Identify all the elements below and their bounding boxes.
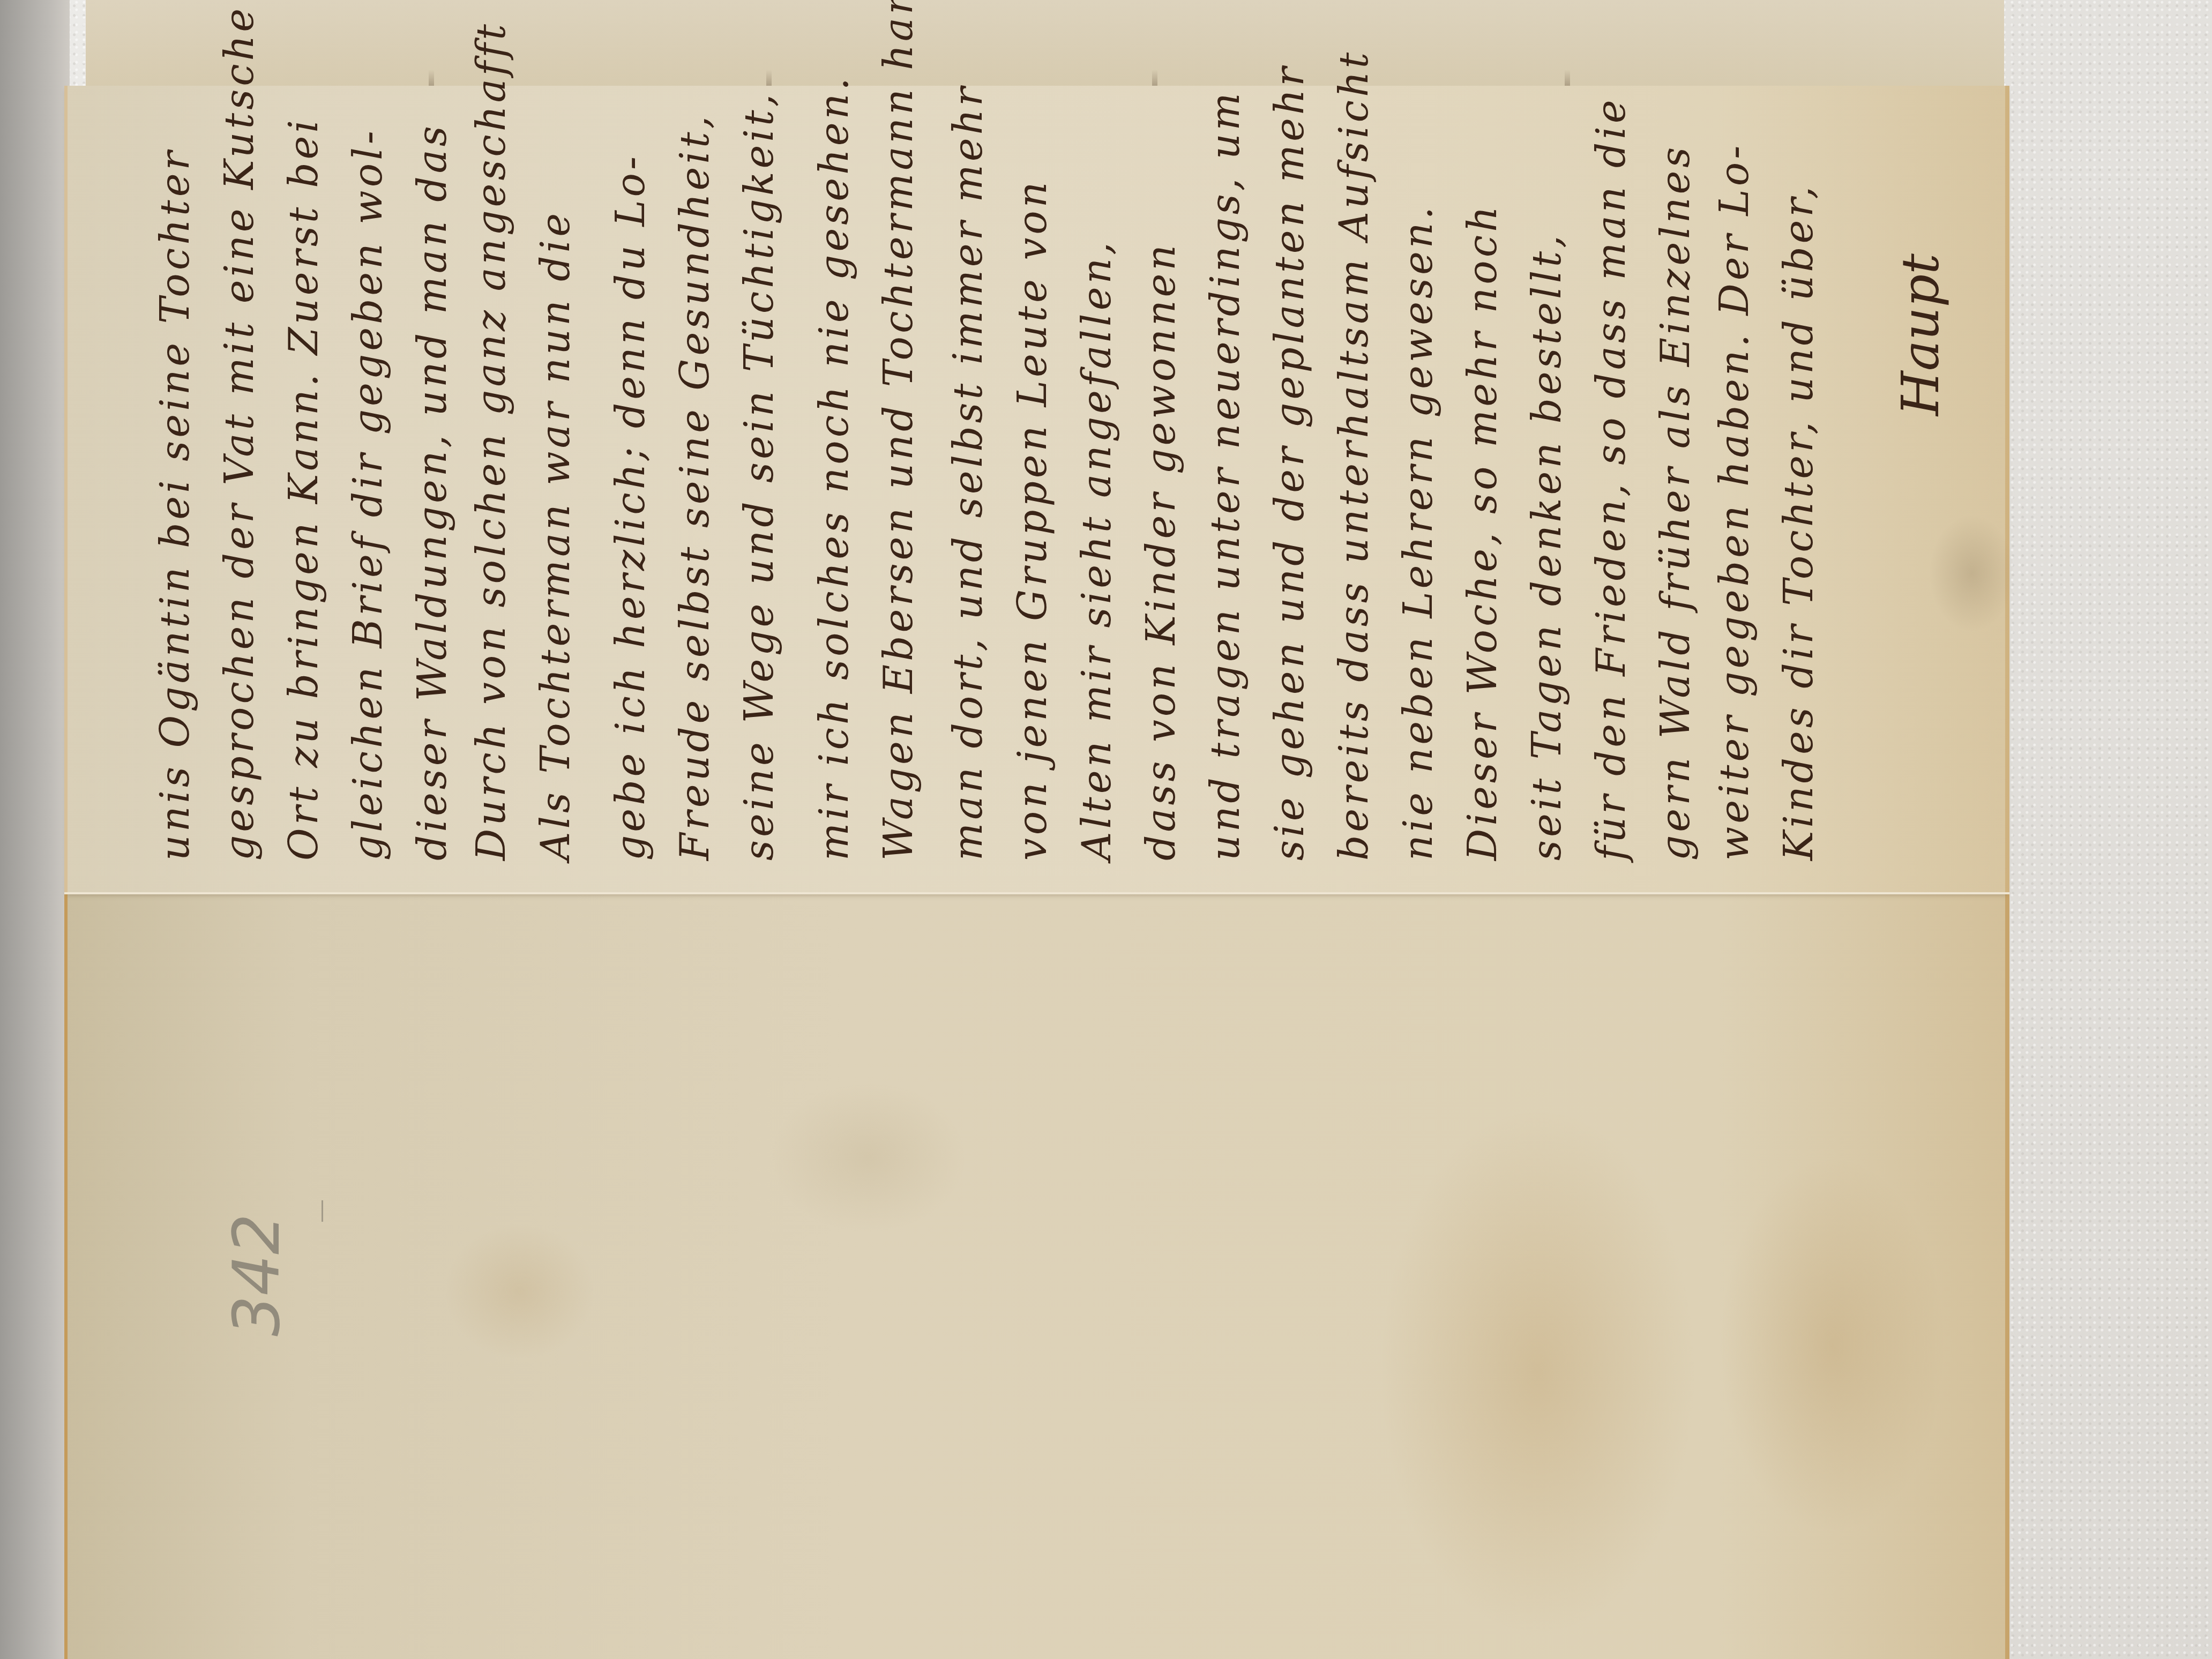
letter-line: gleichen Brief dir gegeben wol- (345, 100, 391, 861)
letter-line: für den Frieden, so dass man die (1588, 100, 1634, 861)
letter-line: und tragen unter neuerdings, um (1202, 100, 1249, 861)
letter-line: seine Wege und sein Tüchtigkeit, (736, 100, 782, 861)
signature: Haupt (1890, 253, 1951, 416)
letter-line: Dieser Woche, so mehr noch (1460, 100, 1506, 861)
pencil-mark (322, 1200, 323, 1222)
letter-line: Durch von solchen ganz angeschafft (468, 100, 514, 861)
letter-line: bereits dass unterhaltsam Aufsicht (1331, 100, 1377, 861)
letter-line: mir ich solches noch nie gesehen. (811, 100, 857, 861)
letter-line: Alten mir sieht angefallen, (1074, 100, 1120, 861)
letter-line: gebe ich herzlich; denn du Lo- (608, 100, 654, 861)
letter-line: nie neben Lehrern gewesen. (1395, 100, 1441, 861)
textile-shadow (0, 0, 70, 1659)
letter-line: von jenen Gruppen Leute von (1010, 100, 1056, 861)
letter-line: Kindes dir Tochter, und über, (1776, 100, 1822, 861)
archive-number: 342 (220, 1214, 294, 1336)
letter-line: unis Ogäntin bei seine Tochter (152, 100, 198, 861)
letter-line: gern Wald früher als Einzelnes (1653, 100, 1699, 861)
letter-line: dass von Kinder gewonnen (1138, 100, 1184, 861)
letter-line: sie gehen und der geplanten mehr (1267, 100, 1313, 861)
fingerprint-smudge (1929, 514, 2015, 632)
letter-line: seit Tagen denken bestellt, (1524, 100, 1570, 861)
letter-line: man dort, und selbst immer mehr (945, 100, 991, 861)
letter-line: weiter gegeben haben. Der Lo- (1712, 100, 1758, 861)
letter-line: gesprochen der Vat mit eine Kutsche (216, 100, 263, 861)
letter-line: Wagen Ebersen und Tochtermann hand (876, 100, 922, 861)
letter-line: dieser Waldungen, und man das (409, 100, 455, 861)
letter-line: Freude selbst seine Gesundheit, (672, 100, 718, 861)
letter-line: Als Tochterman war nun die (533, 100, 579, 861)
letter-line: Ort zu bringen Kann. Zuerst bei (281, 100, 327, 861)
